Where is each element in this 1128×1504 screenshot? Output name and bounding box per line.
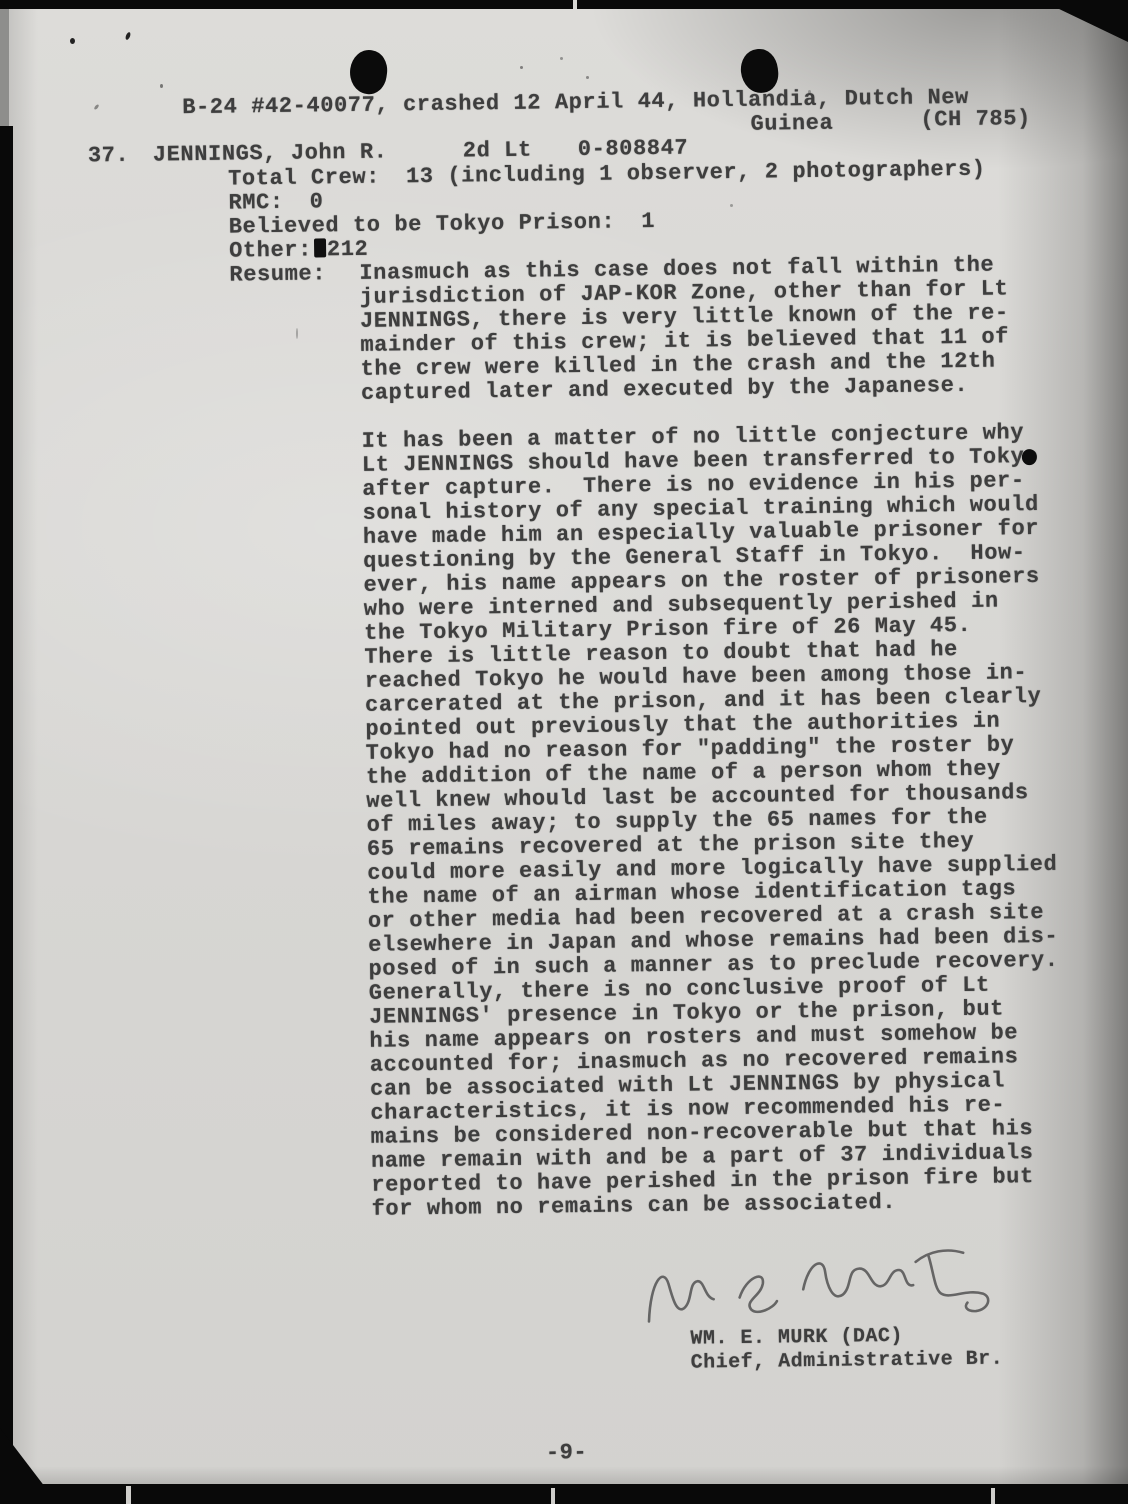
crewman-serial: 0-808847 — [578, 137, 689, 162]
summary-fields: Total Crew:13 (including 1 observer, 2 p… — [228, 158, 987, 264]
resume-body: Inasmuch as this case does not fall with… — [359, 253, 1062, 1222]
scan-edge-top — [0, 0, 1128, 9]
ink-blot-overstrike — [314, 238, 326, 257]
header-ref-number: (CH 785) — [920, 107, 1031, 132]
ink-speck — [560, 57, 563, 60]
ink-speck — [730, 204, 733, 207]
crewman-rank: 2d Lt — [463, 139, 532, 164]
header-line1: B-24 #42-40077, crashed 12 April 44, Hol… — [182, 86, 969, 120]
field-value: 1 — [641, 209, 655, 234]
scan-gap-line — [126, 1486, 131, 1504]
field-value: 0 — [310, 189, 324, 214]
typed-content: B-24 #42-40077, crashed 12 April 44, Hol… — [0, 0, 1128, 1504]
ink-speck — [520, 66, 523, 69]
resume-label: Resume: — [229, 262, 326, 287]
ink-speck — [808, 90, 811, 94]
field-label: Other: — [229, 237, 312, 263]
scanned-document-page: B-24 #42-40077, crashed 12 April 44, Hol… — [0, 0, 1128, 1504]
field-value: 212 — [327, 237, 369, 263]
ink-speck — [586, 76, 589, 79]
scan-gap-line — [551, 1488, 555, 1504]
field-label: RMC: — [228, 190, 284, 216]
ink-blot-tokyo — [1022, 449, 1037, 465]
scan-edge-notch — [573, 0, 577, 9]
scan-edge-left — [0, 126, 13, 1504]
entry-number: 37. — [88, 144, 130, 169]
scan-gap-line — [991, 1488, 995, 1504]
header-place: Guinea — [750, 112, 833, 137]
ink-speck — [70, 38, 75, 44]
field-label: Believed to be Tokyo Prison: — [229, 210, 616, 240]
signer-name: WM. E. MURK (DAC) — [690, 1325, 903, 1352]
page-number: -9- — [546, 1441, 588, 1466]
ink-speck — [160, 84, 163, 88]
scan-edge-bottom — [0, 1484, 1128, 1504]
ink-speck — [296, 328, 298, 339]
crewman-name: JENNINGS, John R. — [153, 140, 388, 167]
signer-title: Chief, Administrative Br. — [691, 1348, 1004, 1376]
scan-edge-left-upper — [0, 9, 9, 127]
field-label: Total Crew: — [228, 165, 380, 192]
